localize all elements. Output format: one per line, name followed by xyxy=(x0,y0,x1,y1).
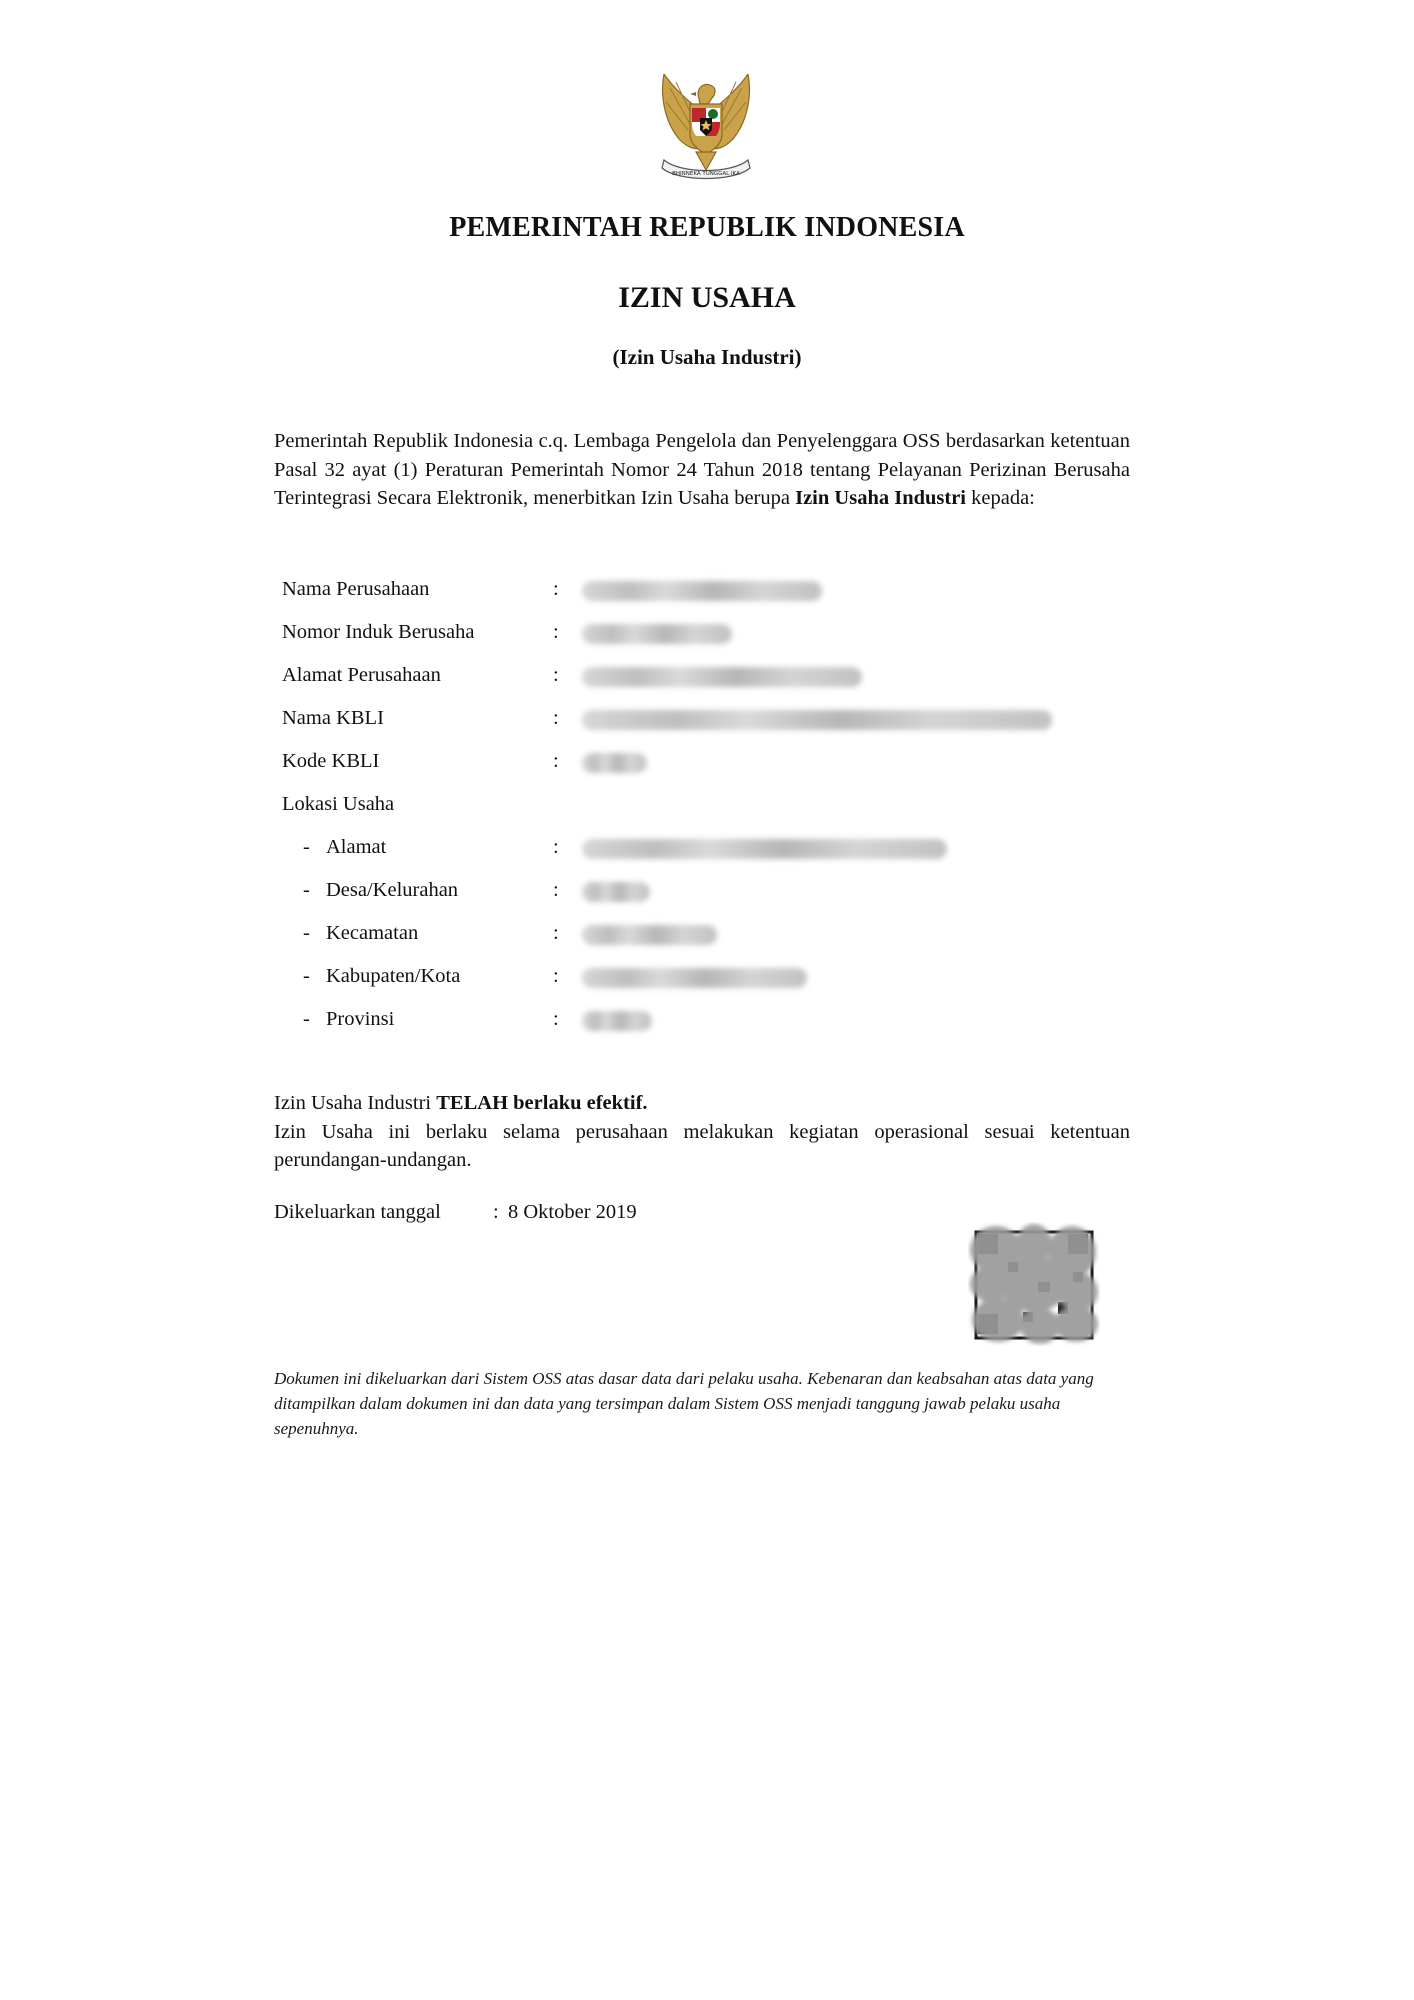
field-separator: : xyxy=(553,918,559,948)
document-subtitle: (Izin Usaha Industri) xyxy=(0,345,1414,370)
status-block: Izin Usaha Industri TELAH berlaku efekti… xyxy=(274,1089,1130,1175)
field-separator: : xyxy=(553,660,559,690)
intro-paragraph: Pemerintah Republik Indonesia c.q. Lemba… xyxy=(274,427,1130,513)
issued-date-row: Dikeluarkan tanggal : 8 Oktober 2019 xyxy=(274,1198,441,1226)
field-separator: : xyxy=(553,1004,559,1034)
field-separator: : xyxy=(493,1198,499,1226)
field-separator: : xyxy=(553,875,559,905)
field-label: Alamat Perusahaan xyxy=(282,660,441,690)
field-value-redacted xyxy=(582,968,807,988)
location-heading: Lokasi Usaha xyxy=(282,789,394,819)
field-value-redacted xyxy=(582,710,1052,730)
location-label: Desa/Kelurahan xyxy=(326,875,458,905)
field-value-redacted xyxy=(582,667,862,687)
government-title: PEMERINTAH REPUBLIK INDONESIA xyxy=(0,212,1414,244)
location-label: Kecamatan xyxy=(326,918,418,948)
garuda-emblem-icon: BHINNEKA TUNGGAL IKA xyxy=(650,74,762,192)
field-separator: : xyxy=(553,703,559,733)
status-effective: TELAH berlaku efektif. xyxy=(436,1092,647,1114)
field-label: Kode KBLI xyxy=(282,746,379,776)
location-label: Provinsi xyxy=(326,1004,394,1034)
bullet-dash: - xyxy=(303,875,310,905)
bullet-dash: - xyxy=(303,918,310,948)
intro-text-end: kepada: xyxy=(966,487,1035,509)
status-prefix: Izin Usaha Industri xyxy=(274,1092,436,1114)
document-title: IZIN USAHA xyxy=(0,281,1414,315)
field-value-redacted xyxy=(582,882,650,902)
field-label: Nama Perusahaan xyxy=(282,574,429,604)
field-value-redacted xyxy=(582,753,647,773)
bullet-dash: - xyxy=(303,1004,310,1034)
disclaimer-text: Dokumen ini dikeluarkan dari Sistem OSS … xyxy=(274,1366,1124,1441)
field-separator: : xyxy=(553,617,559,647)
qr-code-icon xyxy=(968,1222,1100,1346)
bullet-dash: - xyxy=(303,832,310,862)
field-separator: : xyxy=(553,574,559,604)
issued-date: 8 Oktober 2019 xyxy=(508,1198,637,1226)
status-line: Izin Usaha Industri TELAH berlaku efekti… xyxy=(274,1089,1130,1118)
field-value-redacted xyxy=(582,624,732,644)
intro-permit-type: Izin Usaha Industri xyxy=(795,487,966,509)
field-label: Nama KBLI xyxy=(282,703,384,733)
field-value-redacted xyxy=(582,839,947,859)
svg-text:BHINNEKA TUNGGAL IKA: BHINNEKA TUNGGAL IKA xyxy=(672,171,740,177)
location-label: Kabupaten/Kota xyxy=(326,961,460,991)
field-value-redacted xyxy=(582,1011,652,1031)
issued-label: Dikeluarkan tanggal xyxy=(274,1201,441,1223)
field-label: Nomor Induk Berusaha xyxy=(282,617,474,647)
bullet-dash: - xyxy=(303,961,310,991)
field-value-redacted xyxy=(582,925,717,945)
field-value-redacted xyxy=(582,581,822,601)
field-separator: : xyxy=(553,961,559,991)
location-label: Alamat xyxy=(326,832,386,862)
field-separator: : xyxy=(553,832,559,862)
field-separator: : xyxy=(553,746,559,776)
validity-text: Izin Usaha ini berlaku selama perusahaan… xyxy=(274,1118,1130,1175)
